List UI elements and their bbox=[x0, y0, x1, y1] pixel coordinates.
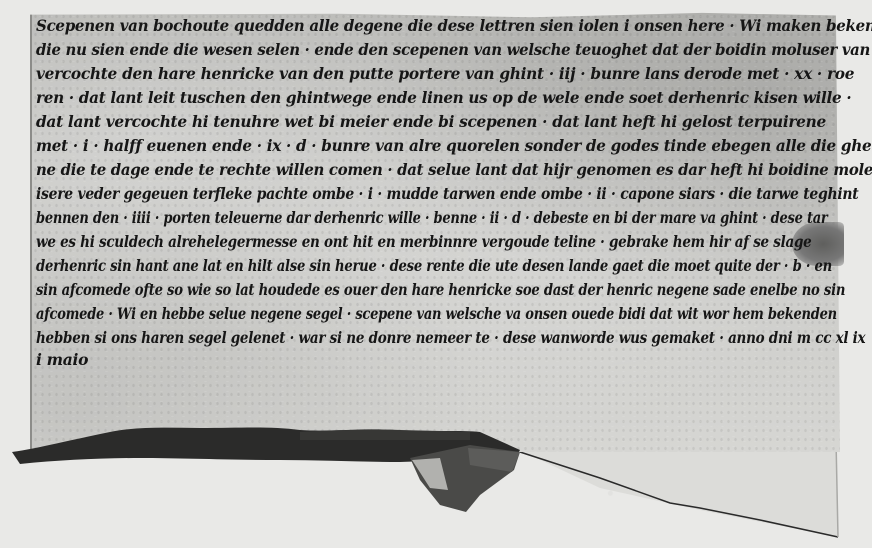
charter-photograph: Scepenen van bochoute quedden alle degen… bbox=[0, 0, 872, 548]
seal-tag bbox=[0, 0, 872, 548]
